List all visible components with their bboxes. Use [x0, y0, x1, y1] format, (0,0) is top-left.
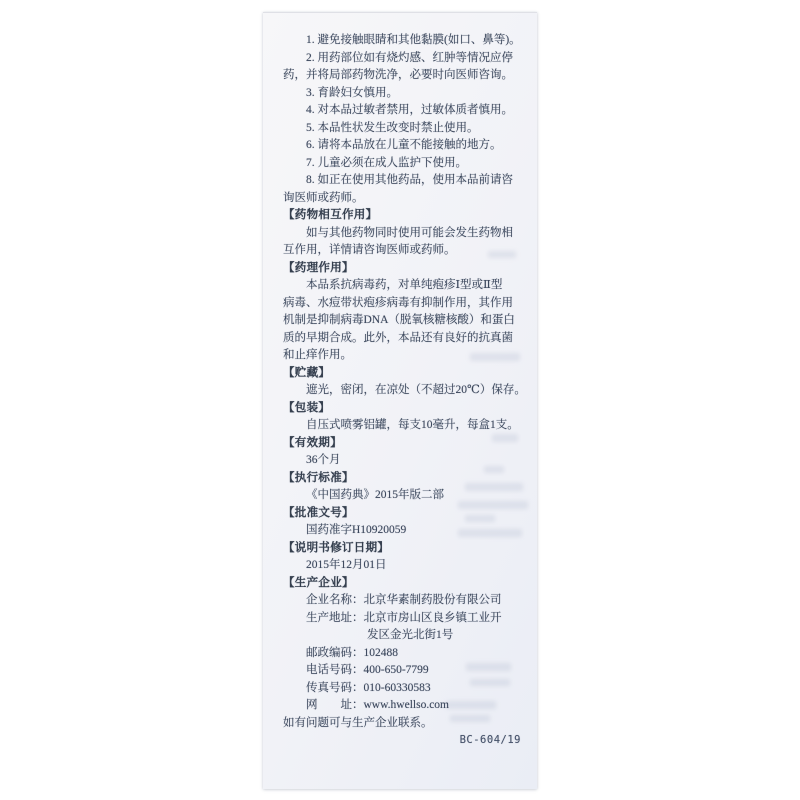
precaution-line-8b: 询医师或药师。 [283, 190, 523, 208]
pharmacology-line-2: 病毒、水痘带状疱疹病毒有抑制作用，其作用 [283, 295, 523, 313]
field-value: www.hwellso.com [364, 699, 450, 711]
section-title-packaging: 【包装】 [283, 400, 523, 418]
leaflet-page: 1. 避免接触眼睛和其他黏膜(如口、鼻等)。 2. 用药部位如有烧灼感、红肿等情… [263, 12, 537, 789]
section-title-pharmacology: 【药理作用】 [283, 260, 523, 278]
manufacturer-field-postcode: 邮政编码：102488 [283, 645, 523, 663]
section-title-approval: 【批准文号】 [283, 505, 523, 523]
field-label: 电话号码： [306, 664, 364, 676]
precaution-line-7: 7. 儿童必须在成人监护下使用。 [283, 155, 523, 173]
revision-body: 2015年12月01日 [283, 557, 523, 575]
precaution-line-6: 6. 请将本品放在儿童不能接触的地方。 [283, 137, 523, 155]
precaution-line-4: 4. 对本品过敏者禁用，过敏体质者慎用。 [283, 102, 523, 120]
interactions-line-2: 互作用，详情请咨询医师或药师。 [283, 242, 523, 260]
validity-body: 36个月 [283, 452, 523, 470]
manufacturer-field-fax: 传真号码：010-60330583 [283, 680, 523, 698]
field-label: 邮政编码： [306, 647, 364, 659]
precaution-line-1: 1. 避免接触眼睛和其他黏膜(如口、鼻等)。 [283, 32, 523, 50]
field-label: 网 址： [306, 699, 364, 711]
photo-background: { "leaflet": { "precautions": { "lines":… [0, 0, 800, 800]
standard-body: 《中国药典》2015年版二部 [283, 487, 523, 505]
pharmacology-line-3: 机制是抑制病毒DNA（脱氧核糖核酸）和蛋白 [283, 312, 523, 330]
section-title-standard: 【执行标准】 [283, 470, 523, 488]
manufacturer-contact-note: 如有问题可与生产企业联系。 [283, 715, 523, 733]
packaging-body: 自压式喷雾铝罐，每支10毫升，每盒1支。 [283, 417, 523, 435]
pharmacology-line-4: 质的早期合成。此外，本品还有良好的抗真菌 [283, 330, 523, 348]
interactions-line-1: 如与其他药物同时使用可能会发生药物相 [283, 225, 523, 243]
precaution-line-2: 2. 用药部位如有烧灼感、红肿等情况应停 [283, 50, 523, 68]
precaution-line-8: 8. 如正在使用其他药品，使用本品前请咨 [283, 172, 523, 190]
precaution-line-2b: 药，并将局部药物洗净，必要时向医师咨询。 [283, 67, 523, 85]
precaution-line-3: 3. 育龄妇女慎用。 [283, 85, 523, 103]
leaflet-text-column: 1. 避免接触眼睛和其他黏膜(如口、鼻等)。 2. 用药部位如有烧灼感、红肿等情… [283, 32, 523, 750]
manufacturer-field-phone: 电话号码：400-650-7799 [283, 662, 523, 680]
pharmacology-line-5: 和止痒作用。 [283, 347, 523, 365]
field-value: 北京华素制药股份有限公司 [364, 594, 502, 606]
manufacturer-address-line2: 发区金光北街1号 [283, 627, 523, 645]
section-title-validity: 【有效期】 [283, 435, 523, 453]
field-value: 北京市房山区良乡镇工业开 [364, 612, 502, 624]
manufacturer-field-company: 企业名称：北京华素制药股份有限公司 [283, 592, 523, 610]
field-value: 010-60330583 [364, 682, 431, 694]
storage-body: 遮光，密闭，在凉处（不超过20℃）保存。 [283, 382, 523, 400]
section-title-storage: 【贮藏】 [283, 365, 523, 383]
section-title-manufacturer: 【生产企业】 [283, 575, 523, 593]
section-title-interactions: 【药物相互作用】 [283, 207, 523, 225]
field-label: 传真号码： [306, 682, 364, 694]
field-value: 400-650-7799 [364, 664, 429, 676]
field-label: 企业名称： [306, 594, 364, 606]
manufacturer-field-website: 网 址：www.hwellso.com [283, 697, 523, 715]
pharmacology-line-1: 本品系抗病毒药，对单纯疱疹Ⅰ型或Ⅱ型 [283, 277, 523, 295]
field-value: 102488 [364, 647, 399, 659]
manufacturer-field-address: 生产地址：北京市房山区良乡镇工业开 [283, 610, 523, 628]
section-title-revision: 【说明书修订日期】 [283, 540, 523, 558]
field-label: 生产地址： [306, 612, 364, 624]
footer-print-code: BC-604/19 [283, 732, 523, 750]
approval-body: 国药准字H10920059 [283, 522, 523, 540]
precaution-line-5: 5. 本品性状发生改变时禁止使用。 [283, 120, 523, 138]
